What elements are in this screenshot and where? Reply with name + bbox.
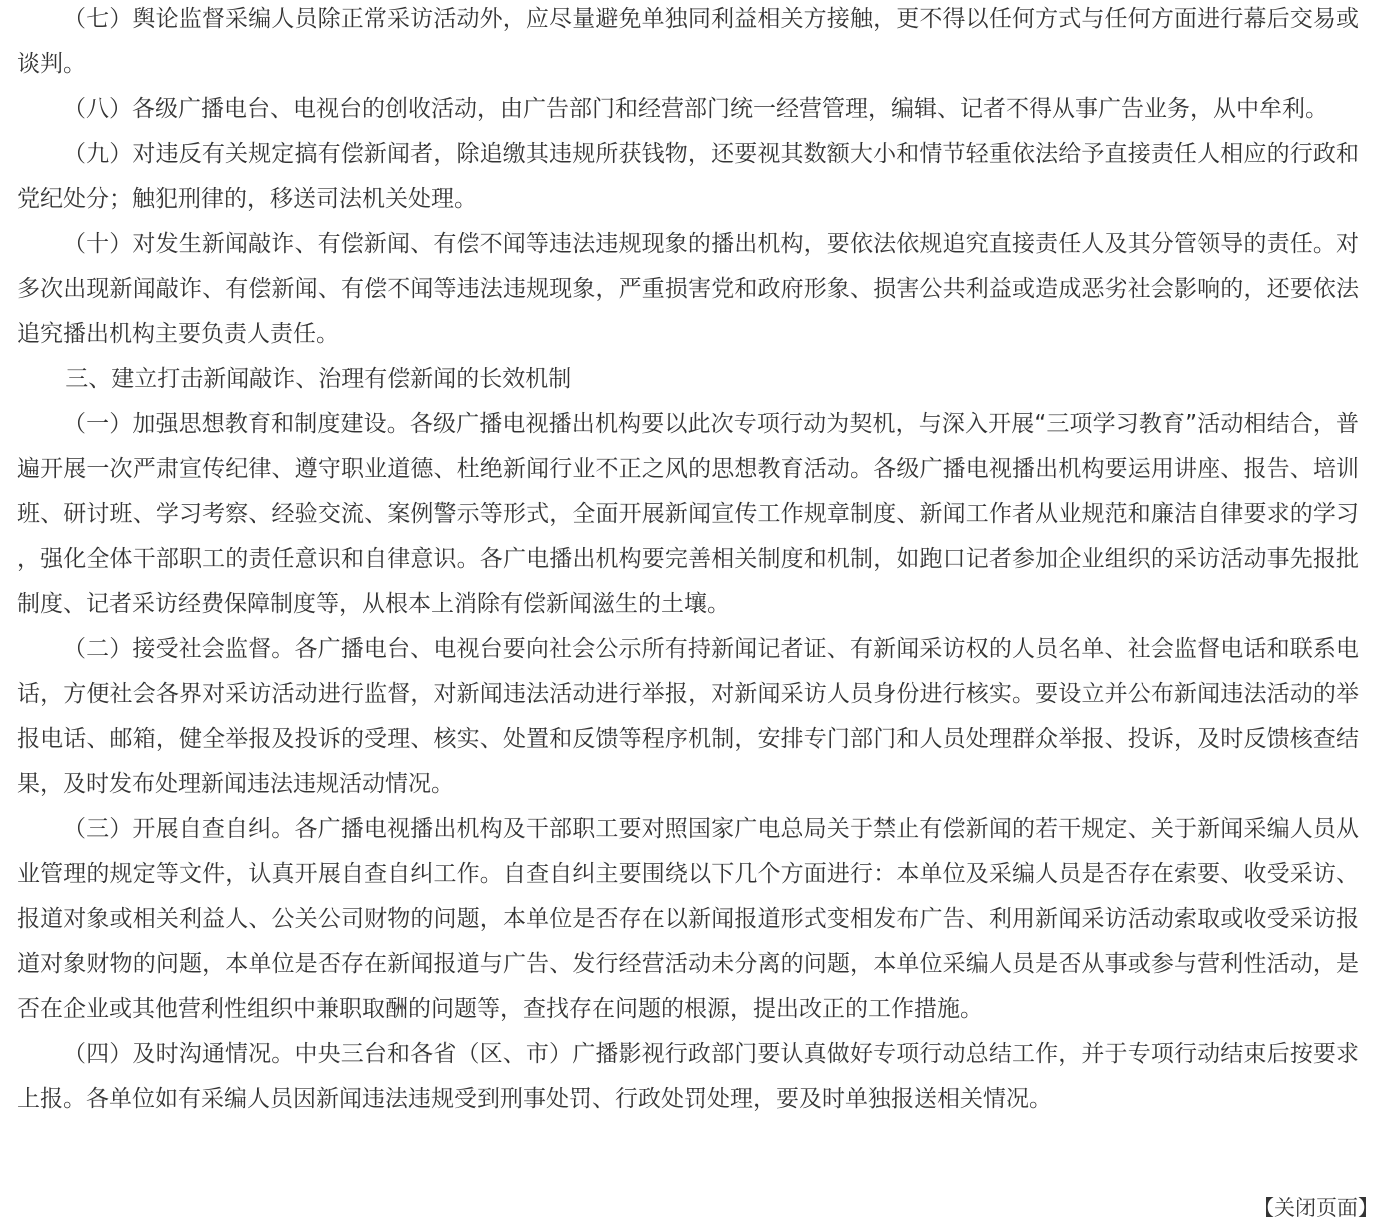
section-heading: 三、建立打击新闻敲诈、治理有偿新闻的长效机制 xyxy=(17,357,1359,402)
paragraph-section-3-item-1: （一）加强思想教育和制度建设。各级广播电视播出机构要以此次专项行动为契机，与深入… xyxy=(17,402,1359,627)
article-body: （七）舆论监督采编人员除正常采访活动外，应尽量避免单独同利益相关方接触，更不得以… xyxy=(17,0,1359,1122)
paragraph-item-7: （七）舆论监督采编人员除正常采访活动外，应尽量避免单独同利益相关方接触，更不得以… xyxy=(17,0,1359,87)
paragraph-section-3-item-2: （二）接受社会监督。各广播电台、电视台要向社会公示所有持新闻记者证、有新闻采访权… xyxy=(17,627,1359,807)
page-footer: 【关闭页面】 xyxy=(1253,1193,1379,1223)
paragraph-section-3-item-3: （三）开展自查自纠。各广播电视播出机构及干部职工要对照国家广电总局关于禁止有偿新… xyxy=(17,807,1359,1032)
paragraph-item-10: （十）对发生新闻敲诈、有偿新闻、有偿不闻等违法违规现象的播出机构，要依法依规追究… xyxy=(17,222,1359,357)
paragraph-item-9: （九）对违反有关规定搞有偿新闻者，除追缴其违规所获钱物，还要视其数额大小和情节轻… xyxy=(17,132,1359,222)
paragraph-section-3-item-4: （四）及时沟通情况。中央三台和各省（区、市）广播影视行政部门要认真做好专项行动总… xyxy=(17,1032,1359,1122)
paragraph-item-8: （八）各级广播电台、电视台的创收活动，由广告部门和经营部门统一经营管理，编辑、记… xyxy=(17,87,1359,132)
close-page-link[interactable]: 【关闭页面】 xyxy=(1253,1196,1379,1220)
